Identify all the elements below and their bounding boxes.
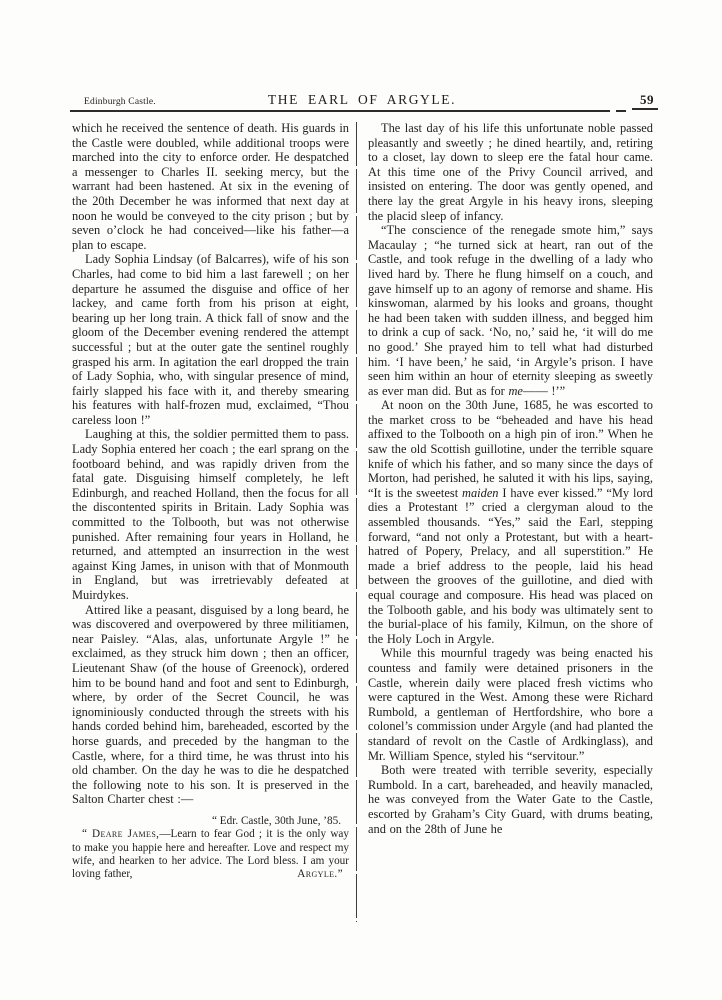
paragraph-text: —— !’”	[523, 384, 565, 398]
paragraph: Lady Sophia Lindsay (of Balcarres), wife…	[72, 252, 349, 427]
running-header: Edinburgh Castle. THE EARL OF ARGYLE. 59	[70, 90, 654, 108]
paragraph-text: “The conscience of the renegade smote hi…	[368, 223, 653, 398]
letter-salutation: “ Deare James,	[82, 828, 159, 840]
paragraph-text: At noon on the 30th June, 1685, he was e…	[368, 398, 653, 500]
paragraph: Both were treated with terrible severity…	[368, 763, 653, 836]
header-rule	[70, 110, 610, 112]
page-number: 59	[640, 92, 654, 108]
letter-signature: Argyle.”	[287, 868, 343, 881]
italic-word: maiden	[462, 486, 498, 500]
paragraph: At noon on the 30th June, 1685, he was e…	[368, 398, 653, 646]
paragraph: Attired like a peasant, disguised by a l…	[72, 603, 349, 807]
header-rule-dash	[616, 110, 626, 112]
header-rule-fragment	[632, 108, 658, 110]
paragraph: “The conscience of the renegade smote hi…	[368, 223, 653, 398]
letter: “ Edr. Castle, 30th June, ’85. “ Deare J…	[72, 815, 349, 881]
paragraph: which he received the sentence of death.…	[72, 121, 349, 252]
paragraph-text: I have ever kissed.” “My lord dies a Pro…	[368, 486, 653, 646]
paragraph: The last day of his life this unfortunat…	[368, 121, 653, 223]
letter-body: “ Deare James,—Learn to fear God ; it is…	[72, 828, 349, 881]
column-divider	[356, 122, 357, 922]
paragraph: Laughing at this, the soldier permitted …	[72, 427, 349, 602]
page-title: THE EARL OF ARGYLE.	[70, 92, 654, 108]
paragraph: While this mournful tragedy was being en…	[368, 646, 653, 763]
book-page: Edinburgh Castle. THE EARL OF ARGYLE. 59…	[0, 0, 722, 1000]
right-column: The last day of his life this unfortunat…	[368, 121, 653, 836]
letter-dateline: “ Edr. Castle, 30th June, ’85.	[72, 815, 349, 828]
left-column: which he received the sentence of death.…	[72, 121, 349, 881]
italic-word: me	[508, 384, 522, 398]
